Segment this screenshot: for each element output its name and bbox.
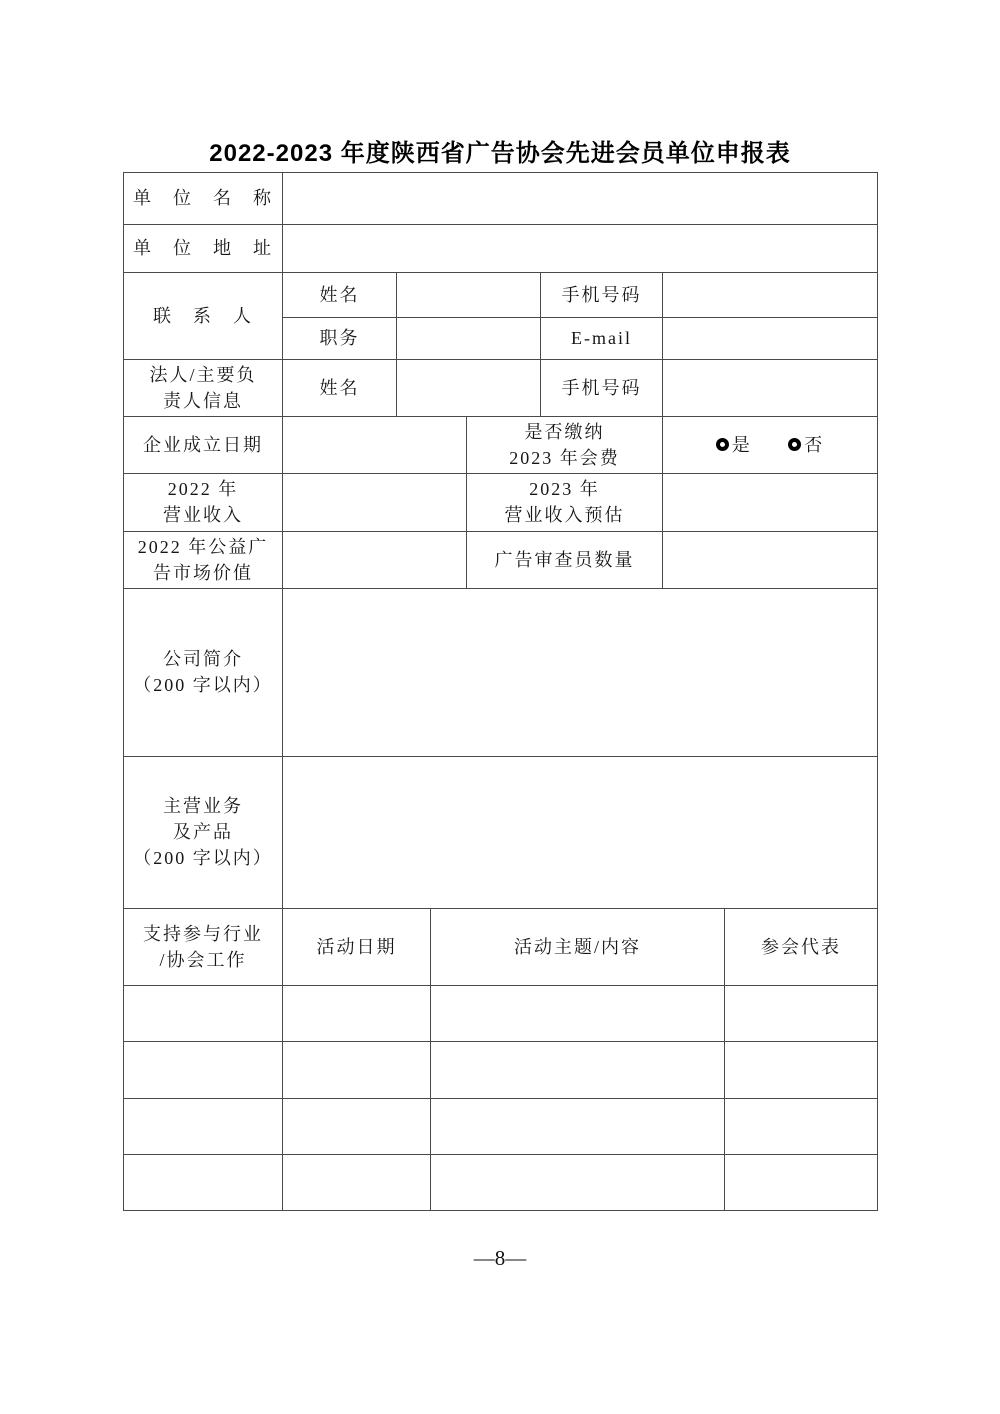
activity-row3-date-cell: [283, 1098, 431, 1154]
reviewers-label-cell: 广告审查员数量: [467, 531, 663, 588]
fee-label-line2: 2023 年会费: [471, 445, 658, 471]
unit-name-label: 单 位 名 称: [133, 188, 273, 208]
business-label-line3: （200 字以内）: [128, 845, 278, 871]
fee-options-cell: 是 否: [663, 417, 878, 474]
activity-row3-spare-cell: [124, 1098, 283, 1154]
activity-row3-delegates-cell: [725, 1098, 878, 1154]
legal-name-value-cell: [397, 360, 541, 417]
contact-mobile-label-cell: 手机号码: [541, 273, 663, 318]
activity-row4-date-cell: [283, 1154, 431, 1210]
unit-address-label-cell: 单 位 地 址: [124, 225, 283, 273]
fee-option-yes-label: 是: [732, 435, 752, 455]
revenue-2022-label-line1: 2022 年: [128, 476, 278, 502]
activity-row1-topic-cell: [431, 985, 725, 1041]
row-established-fee: 企业成立日期 是否缴纳 2023 年会费 是 否: [124, 417, 878, 474]
business-value-cell: [283, 756, 878, 908]
activity-row2-topic-cell: [431, 1041, 725, 1098]
psa-2022-label-cell: 2022 年公益广 告市场价值: [124, 531, 283, 588]
established-label: 企业成立日期: [143, 435, 263, 455]
activity-delegates-header: 参会代表: [761, 937, 841, 957]
activity-empty-row-1: [124, 985, 878, 1041]
legal-mobile-label-cell: 手机号码: [541, 360, 663, 417]
activity-empty-row-2: [124, 1041, 878, 1098]
contact-label: 联 系 人: [153, 306, 253, 326]
radio-icon: [788, 438, 801, 451]
unit-address-value-cell: [283, 225, 878, 273]
fee-option-yes: 是: [716, 432, 752, 458]
row-unit-address: 单 位 地 址: [124, 225, 878, 273]
activity-row2-date-cell: [283, 1041, 431, 1098]
psa-2022-label-line1: 2022 年公益广: [128, 534, 278, 560]
activity-label-line2: /协会工作: [128, 947, 278, 973]
psa-2022-label-line2: 告市场价值: [128, 560, 278, 586]
contact-name-label: 姓名: [320, 285, 360, 305]
application-form-table: 单 位 名 称 单 位 地 址 联 系 人 姓名 手机号码 职务 E-mail …: [123, 172, 878, 1211]
revenue-2023-label-cell: 2023 年 营业收入预估: [467, 474, 663, 531]
activity-date-header-cell: 活动日期: [283, 908, 431, 985]
activity-row4-spare-cell: [124, 1154, 283, 1210]
unit-name-label-cell: 单 位 名 称: [124, 173, 283, 225]
row-unit-name: 单 位 名 称: [124, 173, 878, 225]
legal-label-line1: 法人/主要负: [128, 362, 278, 388]
activity-row3-topic-cell: [431, 1098, 725, 1154]
activity-label-line1: 支持参与行业: [128, 921, 278, 947]
legal-name-label: 姓名: [320, 378, 360, 398]
fee-option-no-label: 否: [804, 435, 824, 455]
legal-label-line2: 责人信息: [128, 388, 278, 414]
business-label-cell: 主营业务 及产品 （200 字以内）: [124, 756, 283, 908]
profile-value-cell: [283, 588, 878, 756]
legal-label-cell: 法人/主要负 责人信息: [124, 360, 283, 417]
activity-row1-date-cell: [283, 985, 431, 1041]
row-company-profile: 公司简介 （200 字以内）: [124, 588, 878, 756]
revenue-2022-label-cell: 2022 年 营业收入: [124, 474, 283, 531]
revenue-2023-label-line1: 2023 年: [471, 476, 658, 502]
activity-topic-header-cell: 活动主题/内容: [431, 908, 725, 985]
row-revenue: 2022 年 营业收入 2023 年 营业收入预估: [124, 474, 878, 531]
row-main-business: 主营业务 及产品 （200 字以内）: [124, 756, 878, 908]
legal-name-label-cell: 姓名: [283, 360, 397, 417]
activity-topic-header: 活动主题/内容: [514, 937, 641, 957]
activity-empty-row-3: [124, 1098, 878, 1154]
psa-2022-value-cell: [283, 531, 467, 588]
established-label-cell: 企业成立日期: [124, 417, 283, 474]
revenue-2023-value-cell: [663, 474, 878, 531]
contact-position-value-cell: [397, 318, 541, 360]
radio-icon: [716, 438, 729, 451]
contact-label-cell: 联 系 人: [124, 273, 283, 360]
business-label-line2: 及产品: [128, 819, 278, 845]
activity-label-cell: 支持参与行业 /协会工作: [124, 908, 283, 985]
contact-name-value-cell: [397, 273, 541, 318]
page-number: —8—: [0, 1246, 1000, 1271]
revenue-2023-label-line2: 营业收入预估: [471, 502, 658, 528]
activity-date-header: 活动日期: [317, 937, 397, 957]
contact-mobile-label: 手机号码: [562, 285, 642, 305]
activity-delegates-header-cell: 参会代表: [725, 908, 878, 985]
reviewers-value-cell: [663, 531, 878, 588]
row-contact-name: 联 系 人 姓名 手机号码: [124, 273, 878, 318]
profile-label-line2: （200 字以内）: [128, 672, 278, 698]
contact-email-value-cell: [663, 318, 878, 360]
fee-label-line1: 是否缴纳: [471, 419, 658, 445]
reviewers-label: 广告审查员数量: [495, 550, 635, 570]
contact-email-label-cell: E-mail: [541, 318, 663, 360]
legal-mobile-value-cell: [663, 360, 878, 417]
activity-row2-spare-cell: [124, 1041, 283, 1098]
activity-row1-delegates-cell: [725, 985, 878, 1041]
activity-row4-topic-cell: [431, 1154, 725, 1210]
profile-label-cell: 公司简介 （200 字以内）: [124, 588, 283, 756]
established-value-cell: [283, 417, 467, 474]
unit-address-label: 单 位 地 址: [133, 238, 273, 258]
activity-row4-delegates-cell: [725, 1154, 878, 1210]
fee-option-no: 否: [788, 432, 824, 458]
revenue-2022-value-cell: [283, 474, 467, 531]
row-legal-person: 法人/主要负 责人信息 姓名 手机号码: [124, 360, 878, 417]
row-activity-header: 支持参与行业 /协会工作 活动日期 活动主题/内容 参会代表: [124, 908, 878, 985]
fee-label-cell: 是否缴纳 2023 年会费: [467, 417, 663, 474]
revenue-2022-label-line2: 营业收入: [128, 502, 278, 528]
activity-row1-spare-cell: [124, 985, 283, 1041]
contact-email-label: E-mail: [571, 328, 632, 348]
page-title: 2022-2023 年度陕西省广告协会先进会员单位申报表: [0, 133, 1000, 168]
activity-row2-delegates-cell: [725, 1041, 878, 1098]
contact-position-label-cell: 职务: [283, 318, 397, 360]
unit-name-value-cell: [283, 173, 878, 225]
row-psa-reviewers: 2022 年公益广 告市场价值 广告审查员数量: [124, 531, 878, 588]
contact-mobile-value-cell: [663, 273, 878, 318]
contact-position-label: 职务: [320, 328, 360, 348]
legal-mobile-label: 手机号码: [562, 378, 642, 398]
business-label-line1: 主营业务: [128, 793, 278, 819]
contact-name-label-cell: 姓名: [283, 273, 397, 318]
profile-label-line1: 公司简介: [128, 646, 278, 672]
activity-empty-row-4: [124, 1154, 878, 1210]
